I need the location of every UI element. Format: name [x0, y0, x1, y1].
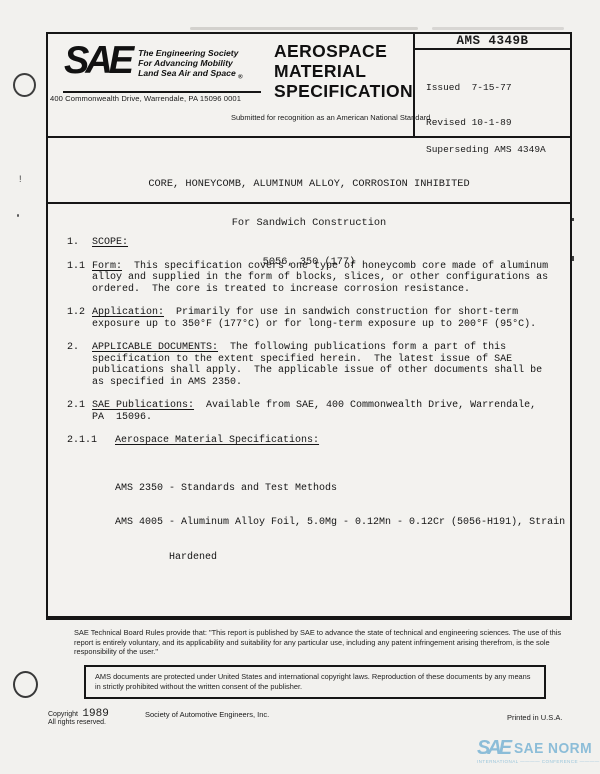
- sae-norm-watermark: SAE SAE NORM INTERNATIONAL ———— CONFEREN…: [477, 738, 593, 764]
- printed-in-usa: Printed in U.S.A.: [507, 713, 562, 722]
- section-number: 2.1.1: [67, 435, 115, 447]
- document-body: 1. SCOPE: 1.1 Form: This specification c…: [48, 204, 570, 586]
- technical-board-rules-note: SAE Technical Board Rules provide that: …: [74, 628, 562, 657]
- referenced-document: Hardened: [115, 552, 556, 564]
- margin-mark: !: [19, 174, 22, 184]
- doc-type-line: AEROSPACE: [274, 41, 413, 61]
- section-sae-publications: 2.1 SAE Publications: Available from SAE…: [67, 400, 556, 423]
- issued-date: Issued 7-15-77: [426, 82, 570, 94]
- sae-tagline: The Engineering Society For Advancing Mo…: [138, 48, 242, 83]
- section-application: 1.2 Application: Primarily for use in sa…: [67, 307, 556, 330]
- sae-address: 400 Commonwealth Drive, Warrendale, PA 1…: [50, 94, 241, 103]
- scan-smudge: [432, 27, 564, 30]
- tagline-line: Land Sea Air and Space ®: [138, 68, 242, 83]
- section-number: 2.: [67, 342, 92, 388]
- document-frame: SAE The Engineering Society For Advancin…: [46, 32, 572, 620]
- tagline-line: The Engineering Society: [138, 48, 242, 58]
- section-number: 1.1: [67, 261, 92, 296]
- watermark-sae-icon: SAE: [477, 738, 514, 758]
- referenced-document: AMS 2350 - Standards and Test Methods: [115, 483, 556, 495]
- section-text: SAE Publications: Available from SAE, 40…: [92, 400, 536, 423]
- sae-logo: SAE The Engineering Society For Advancin…: [64, 41, 243, 83]
- doc-type-line: SPECIFICATION: [274, 81, 413, 101]
- referenced-document: AMS 4005 - Aluminum Alloy Foil, 5.0Mg - …: [115, 517, 556, 529]
- section-text: Form: This specification covers one type…: [92, 261, 548, 296]
- header-right: AMS 4349B Issued 7-15-77 Revised 10-1-89…: [415, 34, 570, 136]
- section-text: SCOPE:: [92, 237, 128, 249]
- document-type-title: AEROSPACE MATERIAL SPECIFICATION: [274, 41, 413, 101]
- title-line: CORE, HONEYCOMB, ALUMINUM ALLOY, CORROSI…: [48, 178, 570, 191]
- section-applicable-documents: 2. APPLICABLE DOCUMENTS: The following p…: [67, 342, 556, 388]
- copyright-line: Copyright 1989 All rights reserved.: [48, 707, 109, 727]
- document-number: AMS 4349B: [415, 34, 570, 50]
- section-aerospace-material-specifications: 2.1.1 Aerospace Material Specifications:: [67, 435, 556, 447]
- rights-reserved: All rights reserved.: [48, 718, 109, 727]
- logo-underline-rule: [63, 91, 261, 93]
- copyright-word: Copyright: [48, 711, 78, 718]
- document-header: SAE The Engineering Society For Advancin…: [48, 34, 570, 138]
- section-number: 1.: [67, 237, 92, 249]
- watermark-norm-text: SAE NORM: [514, 740, 592, 757]
- scan-smudge: [190, 27, 418, 30]
- section-text: APPLICABLE DOCUMENTS: The following publ…: [92, 342, 542, 388]
- section-text: Aerospace Material Specifications:: [115, 435, 319, 447]
- publisher-name: Society of Automotive Engineers, Inc.: [145, 710, 269, 719]
- margin-mark: [17, 214, 19, 217]
- header-left: SAE The Engineering Society For Advancin…: [48, 34, 415, 136]
- hole-punch-mark: [13, 671, 38, 698]
- revised-date: Revised 10-1-89: [426, 117, 570, 129]
- watermark-subtext: INTERNATIONAL ———— CONFERENCE ————: [477, 759, 593, 764]
- referenced-documents-list: AMS 2350 - Standards and Test Methods AM…: [115, 460, 556, 587]
- copyright-notice-box: AMS documents are protected under United…: [84, 665, 546, 699]
- section-number: 2.1: [67, 400, 92, 423]
- revision-block: Issued 7-15-77 Revised 10-1-89 Supersedi…: [415, 50, 570, 163]
- tagline-line: For Advancing Mobility: [138, 58, 242, 68]
- sae-logo-text: SAE: [64, 41, 138, 82]
- doc-type-line: MATERIAL: [274, 61, 413, 81]
- registered-mark: ®: [238, 75, 242, 81]
- superseding-note: Superseding AMS 4349A: [426, 144, 546, 156]
- section-text: Application: Primarily for use in sandwi…: [92, 307, 536, 330]
- watermark-logo-row: SAE SAE NORM: [477, 738, 593, 758]
- ansi-submitted-note: Submitted for recognition as an American…: [231, 113, 430, 122]
- section-form: 1.1 Form: This specification covers one …: [67, 261, 556, 296]
- section-number: 1.2: [67, 307, 92, 330]
- hole-punch-mark: [13, 73, 36, 97]
